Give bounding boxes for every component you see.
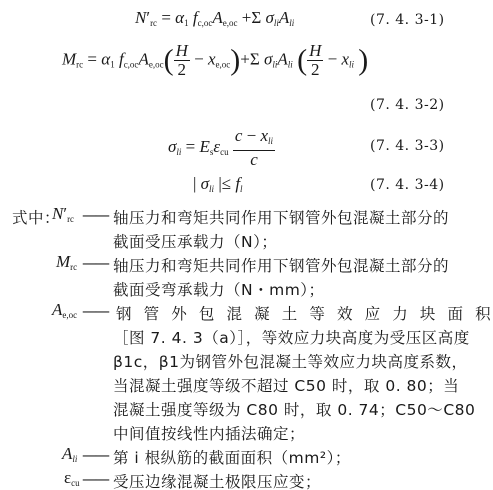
equation-7-4-3-2: Mrc = α1 fc,ocAe,oc(H2 − xe,oc)+Σ σliAli… [62, 42, 368, 79]
equation-7-4-3-4: | σli |≤ fl [193, 174, 243, 194]
equation-7-4-3-1: N′rc = α1 fc,ocAe,oc +Σ σliAli [135, 8, 294, 28]
definition-dash: —— [82, 446, 108, 464]
definition-line: 混凝土强度等级为 C80 时，取 0. 74；C50～C80 [113, 398, 475, 420]
fraction-h-over-2: H2 [307, 42, 323, 79]
definition-line: 轴压力和弯矩共同作用下钢管外包混凝土部分的 [113, 254, 449, 276]
symbol-N: N [135, 8, 146, 27]
equation-number: (7. 4. 3-2) [370, 97, 445, 113]
definition-symbol-a-li: Ali [62, 444, 77, 464]
definition-dash: —— [82, 254, 108, 272]
definition-line: 第 i 根纵筋的截面面积（mm²）； [113, 446, 351, 468]
equation-number: (7. 4. 3-3) [370, 138, 445, 154]
definition-line: 中间值按线性内插法确定； [113, 422, 305, 444]
definition-dash: —— [82, 206, 108, 224]
definition-symbol-n-rc: N′rc [52, 204, 74, 224]
definition-dash: —— [82, 302, 108, 320]
fraction-c-minus-x-over-c: c − xlic [233, 127, 275, 169]
definition-line: β1c，β1为钢管外包混凝土等效应力块高度系数， [113, 350, 468, 372]
equation-number: (7. 4. 3-4) [370, 177, 445, 193]
equation-7-4-3-3: σli = Esεcu c − xlic [168, 127, 275, 169]
definition-symbol-a-eoc: Ae,oc [52, 300, 77, 320]
definition-line: 轴压力和弯矩共同作用下钢管外包混凝土部分的 [113, 206, 449, 228]
definition-symbol-m-rc: Mrc [56, 252, 77, 272]
fraction-h-over-2: H2 [174, 42, 190, 79]
definition-line: 钢 管 外 包 混 凝 土 等 效 应 力 块 面 积 （mm²） [116, 302, 493, 324]
definition-symbol-eps-cu: εcu [64, 468, 80, 488]
equation-number: (7. 4. 3-1) [370, 12, 445, 28]
definition-line: 截面受压承载力（N）； [113, 230, 277, 252]
definition-line: 当混凝土强度等级不超过 C50 时，取 0. 80；当 [113, 374, 459, 396]
definition-dash: —— [82, 470, 108, 488]
definition-line: ［图 7. 4. 3（a）］，等效应力块高度为受压区高度 [113, 326, 470, 348]
definition-line: 截面受弯承载力（N・mm）； [113, 278, 325, 300]
definition-line: 受压边缘混凝土极限压应变； [113, 470, 321, 490]
